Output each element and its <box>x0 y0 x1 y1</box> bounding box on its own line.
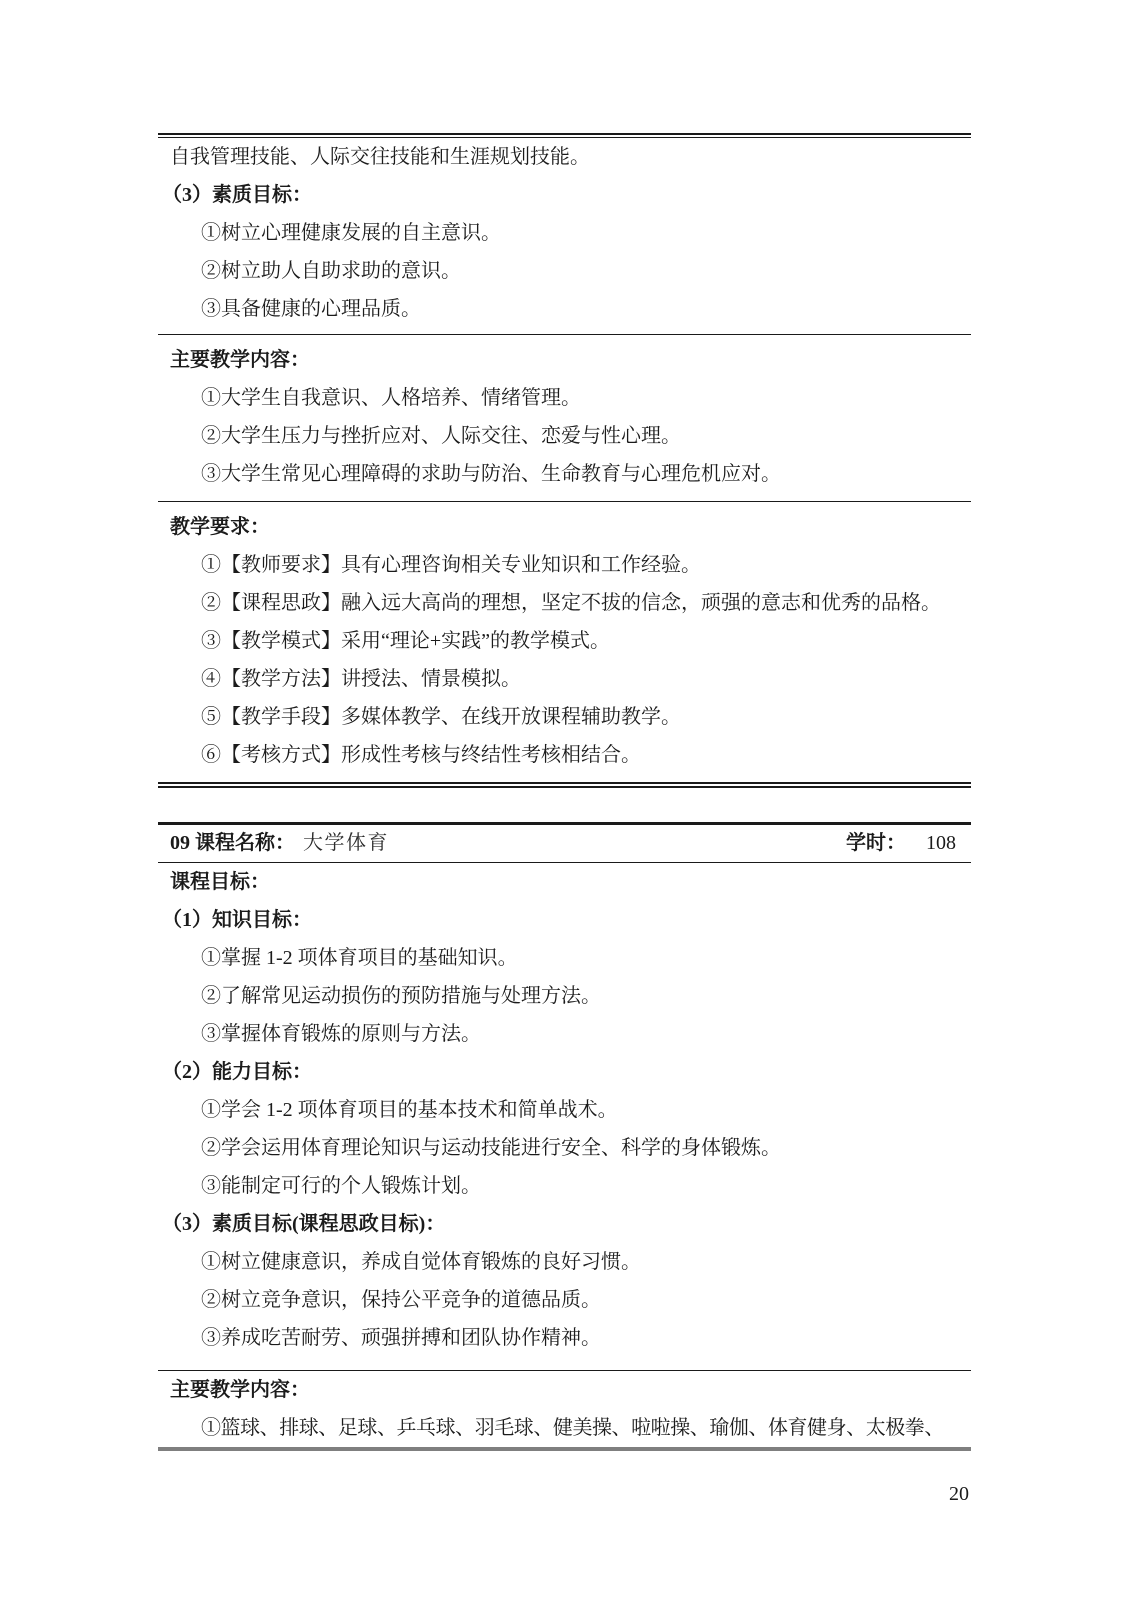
list-item: ②树立助人自助求助的意识。 <box>158 252 971 290</box>
list-item: ③【教学模式】采用“理论+实践”的教学模式。 <box>158 622 971 660</box>
list-item: ③能制定可行的个人锻炼计划。 <box>158 1167 971 1205</box>
course-gap <box>158 788 971 822</box>
heading-teaching-content: 主要教学内容： <box>158 341 971 379</box>
hours-value: 108 <box>926 832 956 854</box>
list-item: ④【教学方法】讲授法、情景模拟。 <box>158 660 971 698</box>
list-item: ①大学生自我意识、人格培养、情绪管理。 <box>158 379 971 417</box>
hours-label: 学时： <box>846 832 906 854</box>
list-item: ②树立竞争意识，保持公平竞争的道德品质。 <box>158 1281 971 1319</box>
section-teaching-requirements-psych: 教学要求： ①【教师要求】具有心理咨询相关专业知识和工作经验。 ②【课程思政】融… <box>158 501 971 782</box>
course-hours-group: 学时：108 <box>846 825 956 862</box>
course-name: 大学体育 <box>303 832 389 854</box>
course-title-group: 09 课程名称：大学体育 <box>170 825 389 862</box>
section-quality-goals-psych: 自我管理技能、人际交往技能和生涯规划技能。 （3）素质目标： ①树立心理健康发展… <box>158 138 971 334</box>
list-item: ③养成吃苦耐劳、顽强拼搏和团队协作精神。 <box>158 1319 971 1357</box>
page-number: 20 <box>158 1483 971 1506</box>
list-item: ②大学生压力与挫折应对、人际交往、恋爱与性心理。 <box>158 417 971 455</box>
list-item: ①掌握 1-2 项体育项目的基础知识。 <box>158 939 971 977</box>
list-item: ③大学生常见心理障碍的求助与防治、生命教育与心理危机应对。 <box>158 455 971 493</box>
content-area: 自我管理技能、人际交往技能和生涯规划技能。 （3）素质目标： ①树立心理健康发展… <box>158 133 971 1451</box>
list-item: ①篮球、排球、足球、乒乓球、羽毛球、健美操、啦啦操、瑜伽、体育健身、太极拳、 <box>158 1409 971 1447</box>
list-item: ②学会运用体育理论知识与运动技能进行安全、科学的身体锻炼。 <box>158 1129 971 1167</box>
heading-teaching-requirements: 教学要求： <box>158 508 971 546</box>
list-item: ③掌握体育锻炼的原则与方法。 <box>158 1015 971 1053</box>
list-item: ⑥【考核方式】形成性考核与终结性考核相结合。 <box>158 736 971 774</box>
list-item: ②【课程思政】融入远大高尚的理想，坚定不拔的信念，顽强的意志和优秀的品格。 <box>158 584 971 622</box>
list-item: ①树立健康意识，养成自觉体育锻炼的良好习惯。 <box>158 1243 971 1281</box>
heading-quality-goals-pe: （3）素质目标(课程思政目标)： <box>158 1205 971 1243</box>
heading-knowledge-goals: （1）知识目标： <box>158 901 971 939</box>
list-item: ③具备健康的心理品质。 <box>158 290 971 328</box>
list-item: ①学会 1-2 项体育项目的基本技术和简单战术。 <box>158 1091 971 1129</box>
heading-teaching-content-pe: 主要教学内容： <box>158 1371 971 1409</box>
section-teaching-content-pe: 主要教学内容： ①篮球、排球、足球、乒乓球、羽毛球、健美操、啦啦操、瑜伽、体育健… <box>158 1370 971 1447</box>
course-number-label: 09 课程名称： <box>170 832 295 854</box>
list-item: ②了解常见运动损伤的预防措施与处理方法。 <box>158 977 971 1015</box>
bottom-gray-rule <box>158 1447 971 1451</box>
section-teaching-content-psych: 主要教学内容： ①大学生自我意识、人格培养、情绪管理。 ②大学生压力与挫折应对、… <box>158 334 971 501</box>
paragraph-continuation: 自我管理技能、人际交往技能和生涯规划技能。 <box>158 138 971 176</box>
section-course-objectives-pe: 课程目标： （1）知识目标： ①掌握 1-2 项体育项目的基础知识。 ②了解常见… <box>158 863 971 1370</box>
list-item: ①树立心理健康发展的自主意识。 <box>158 214 971 252</box>
heading-quality-goals: （3）素质目标： <box>158 176 971 214</box>
heading-ability-goals: （2）能力目标： <box>158 1053 971 1091</box>
heading-course-objectives: 课程目标： <box>158 863 971 901</box>
list-item: ①【教师要求】具有心理咨询相关专业知识和工作经验。 <box>158 546 971 584</box>
list-item: ⑤【教学手段】多媒体教学、在线开放课程辅助教学。 <box>158 698 971 736</box>
course-header-row: 09 课程名称：大学体育 学时：108 <box>158 822 971 863</box>
